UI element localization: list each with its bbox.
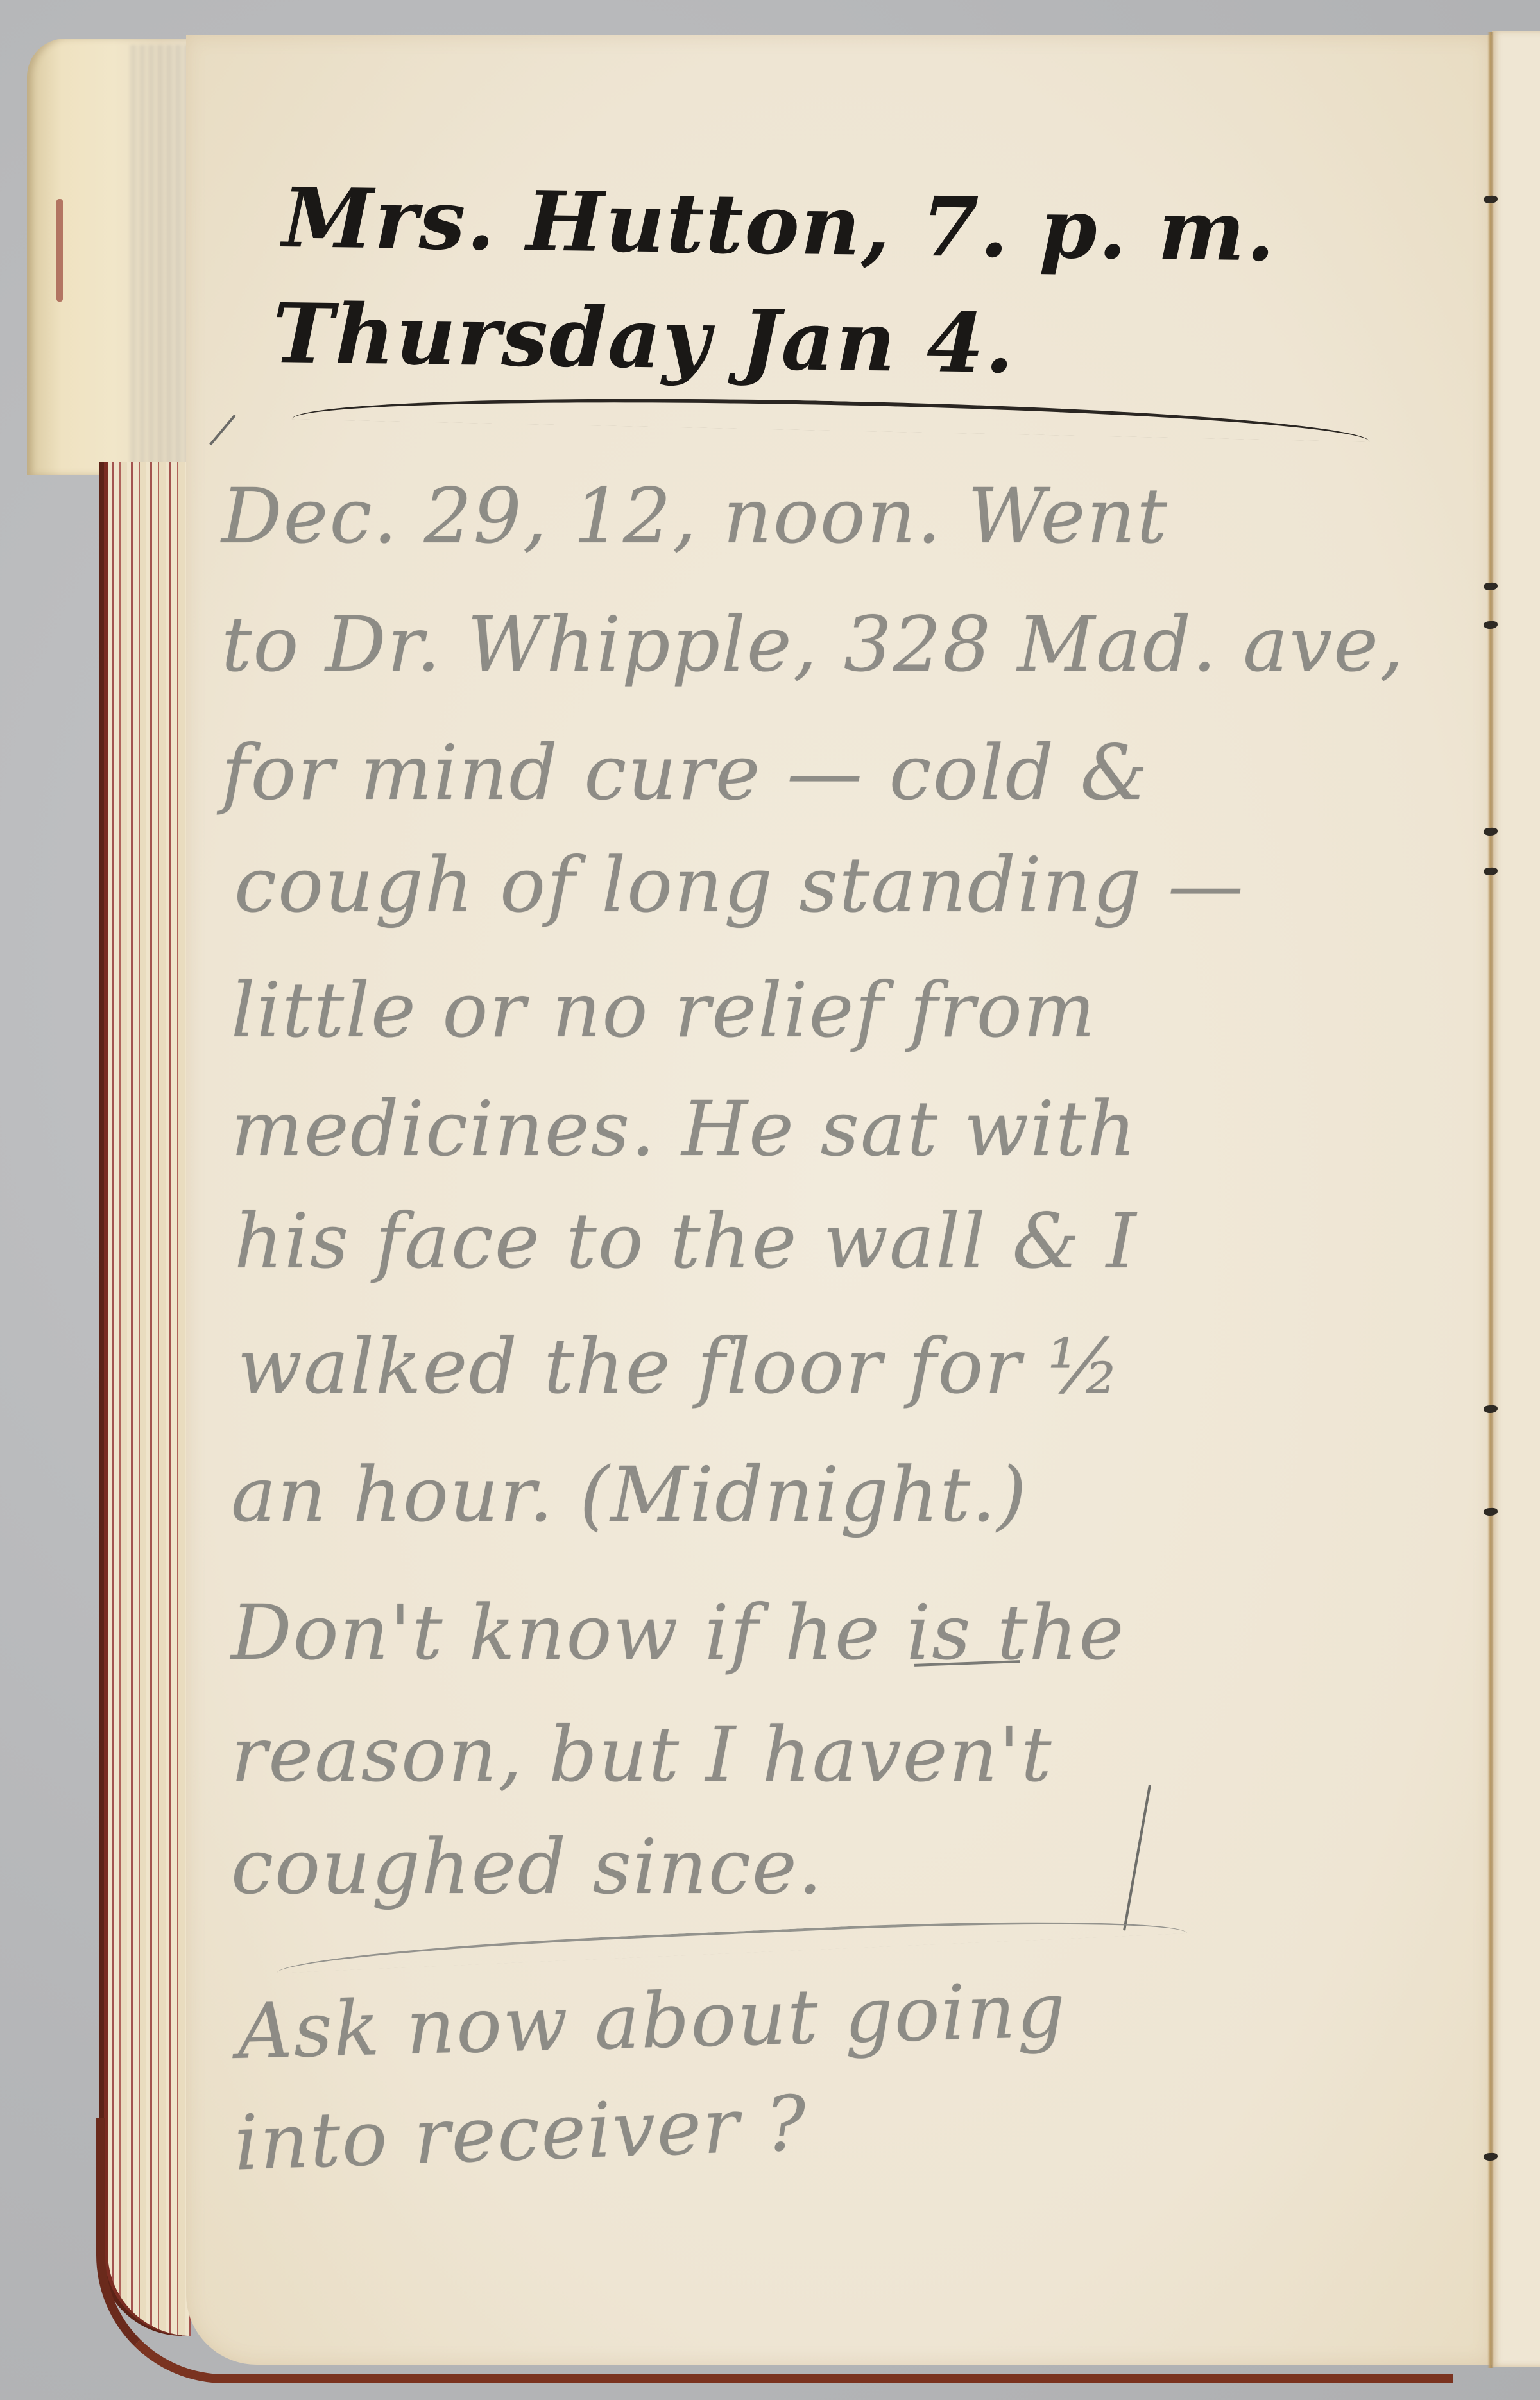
body-line: Dec. 29, 12, noon. Went <box>221 472 1168 560</box>
body-line: walked the floor for ½ <box>237 1322 1122 1410</box>
body-line: for mind cure — cold & <box>221 728 1149 817</box>
body-line: coughed since. <box>231 1822 823 1911</box>
body-line: an hour. (Midnight.) <box>231 1450 1028 1539</box>
header-line-2: Thursday Jan 4. <box>272 286 1016 392</box>
body-line: medicines. He sat with <box>231 1084 1137 1173</box>
body-line: cough of long standing — <box>234 841 1245 929</box>
binding-gutter <box>1487 32 1494 2368</box>
adjacent-page <box>1492 31 1540 2367</box>
body-line: reason, but I haven't <box>231 1710 1052 1799</box>
header-line-1: Mrs. Hutton, 7. p. m. <box>282 170 1277 280</box>
body-line: little or no relief from <box>231 966 1097 1054</box>
body-line: his face to the wall & I <box>234 1197 1137 1285</box>
notebook: Mrs. Hutton, 7. p. m. Thursday Jan 4. De… <box>0 0 1540 2400</box>
page-edge-stack <box>108 462 191 2336</box>
body-line: to Dr. Whipple, 328 Mad. ave, <box>221 600 1405 689</box>
